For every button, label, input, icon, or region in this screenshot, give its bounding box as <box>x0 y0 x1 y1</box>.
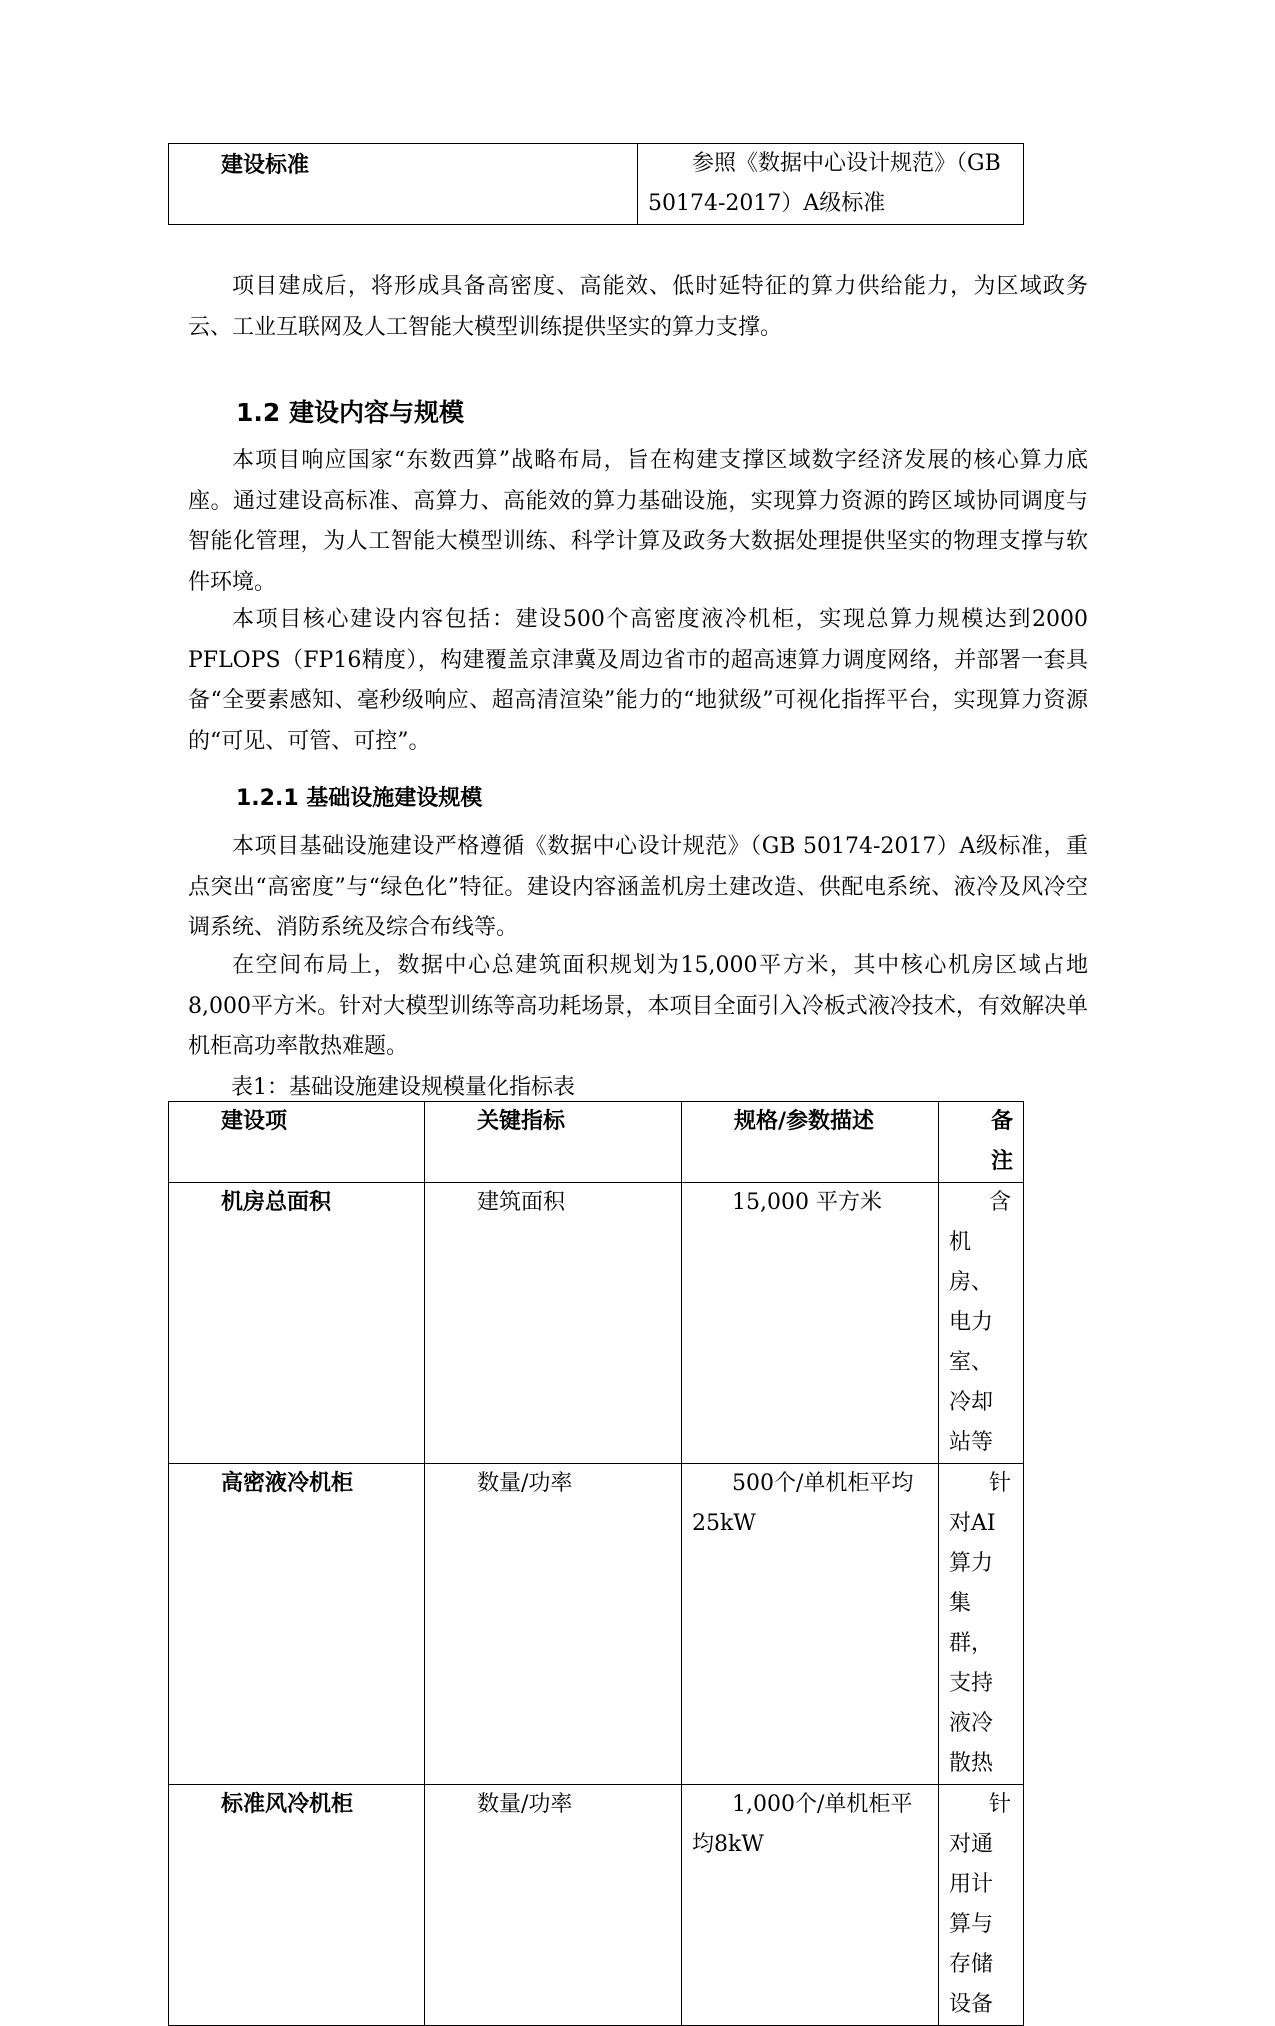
table-cell: 机房总面积 <box>169 1183 425 1464</box>
infrastructure-table: 建设项 关键指标 规格/参数描述 备注 机房总面积 建筑面积 15,000 平方… <box>168 1101 1024 2026</box>
standard-table: 建设标准 参照《数据中心设计规范》（GB 50174-2017）A级标准 <box>168 143 1024 225</box>
document-page: 建设标准 参照《数据中心设计规范》（GB 50174-2017）A级标准 项目建… <box>0 0 1275 1650</box>
table-row: 标准风冷机柜 数量/功率 1,000个/单机柜平均8kW 针对通用计算与存储设备 <box>169 1785 1024 2026</box>
table-header-row: 建设项 关键指标 规格/参数描述 备注 <box>169 1102 1024 1183</box>
paragraph-infrastructure: 本项目基础设施建设严格遵循《数据中心设计规范》（GB 50174-2017）A级… <box>188 827 1088 949</box>
table-cell: 针对通用计算与存储设备 <box>938 1785 1023 2026</box>
paragraph-background: 本项目响应国家“东数西算”战略布局，旨在构建支撑区域数字经济发展的核心算力底座。… <box>188 441 1088 603</box>
paragraph-layout: 在空间布局上，数据中心总建筑面积规划为15,000平方米，其中核心机房区域占地8… <box>188 946 1088 1068</box>
table-caption: 表1：基础设施建设规模量化指标表 <box>231 1070 575 1101</box>
paragraph-core-content: 本项目核心建设内容包括：建设500个高密度液冷机柜，实现总算力规模达到2000 … <box>188 600 1088 762</box>
table-cell: 500个/单机柜平均25kW <box>681 1464 938 1785</box>
standard-label: 建设标准 <box>169 144 638 225</box>
table-cell: 数量/功率 <box>424 1785 681 2026</box>
table-cell: 针对AI算力集群，支持液冷散热 <box>938 1464 1023 1785</box>
section-heading-1-2: 1.2 建设内容与规模 <box>236 393 464 429</box>
table-cell: 标准风冷机柜 <box>169 1785 425 2026</box>
table-cell: 高密液冷机柜 <box>169 1464 425 1785</box>
table-row: 高密液冷机柜 数量/功率 500个/单机柜平均25kW 针对AI算力集群，支持液… <box>169 1464 1024 1785</box>
table-cell: 含机房、电力室、冷却站等 <box>938 1183 1023 1464</box>
paragraph-summary: 项目建成后，将形成具备高密度、高能效、低时延特征的算力供给能力，为区域政务云、工… <box>188 267 1088 348</box>
table-header: 备注 <box>938 1102 1023 1183</box>
standard-value: 参照《数据中心设计规范》（GB 50174-2017）A级标准 <box>638 144 1024 225</box>
table-cell: 建筑面积 <box>424 1183 681 1464</box>
table-cell: 数量/功率 <box>424 1464 681 1785</box>
table-cell: 15,000 平方米 <box>681 1183 938 1464</box>
table-header: 规格/参数描述 <box>681 1102 938 1183</box>
table-row: 机房总面积 建筑面积 15,000 平方米 含机房、电力室、冷却站等 <box>169 1183 1024 1464</box>
table-header: 关键指标 <box>424 1102 681 1183</box>
table-header: 建设项 <box>169 1102 425 1183</box>
table-cell: 1,000个/单机柜平均8kW <box>681 1785 938 2026</box>
section-heading-1-2-1: 1.2.1 基础设施建设规模 <box>236 781 482 812</box>
